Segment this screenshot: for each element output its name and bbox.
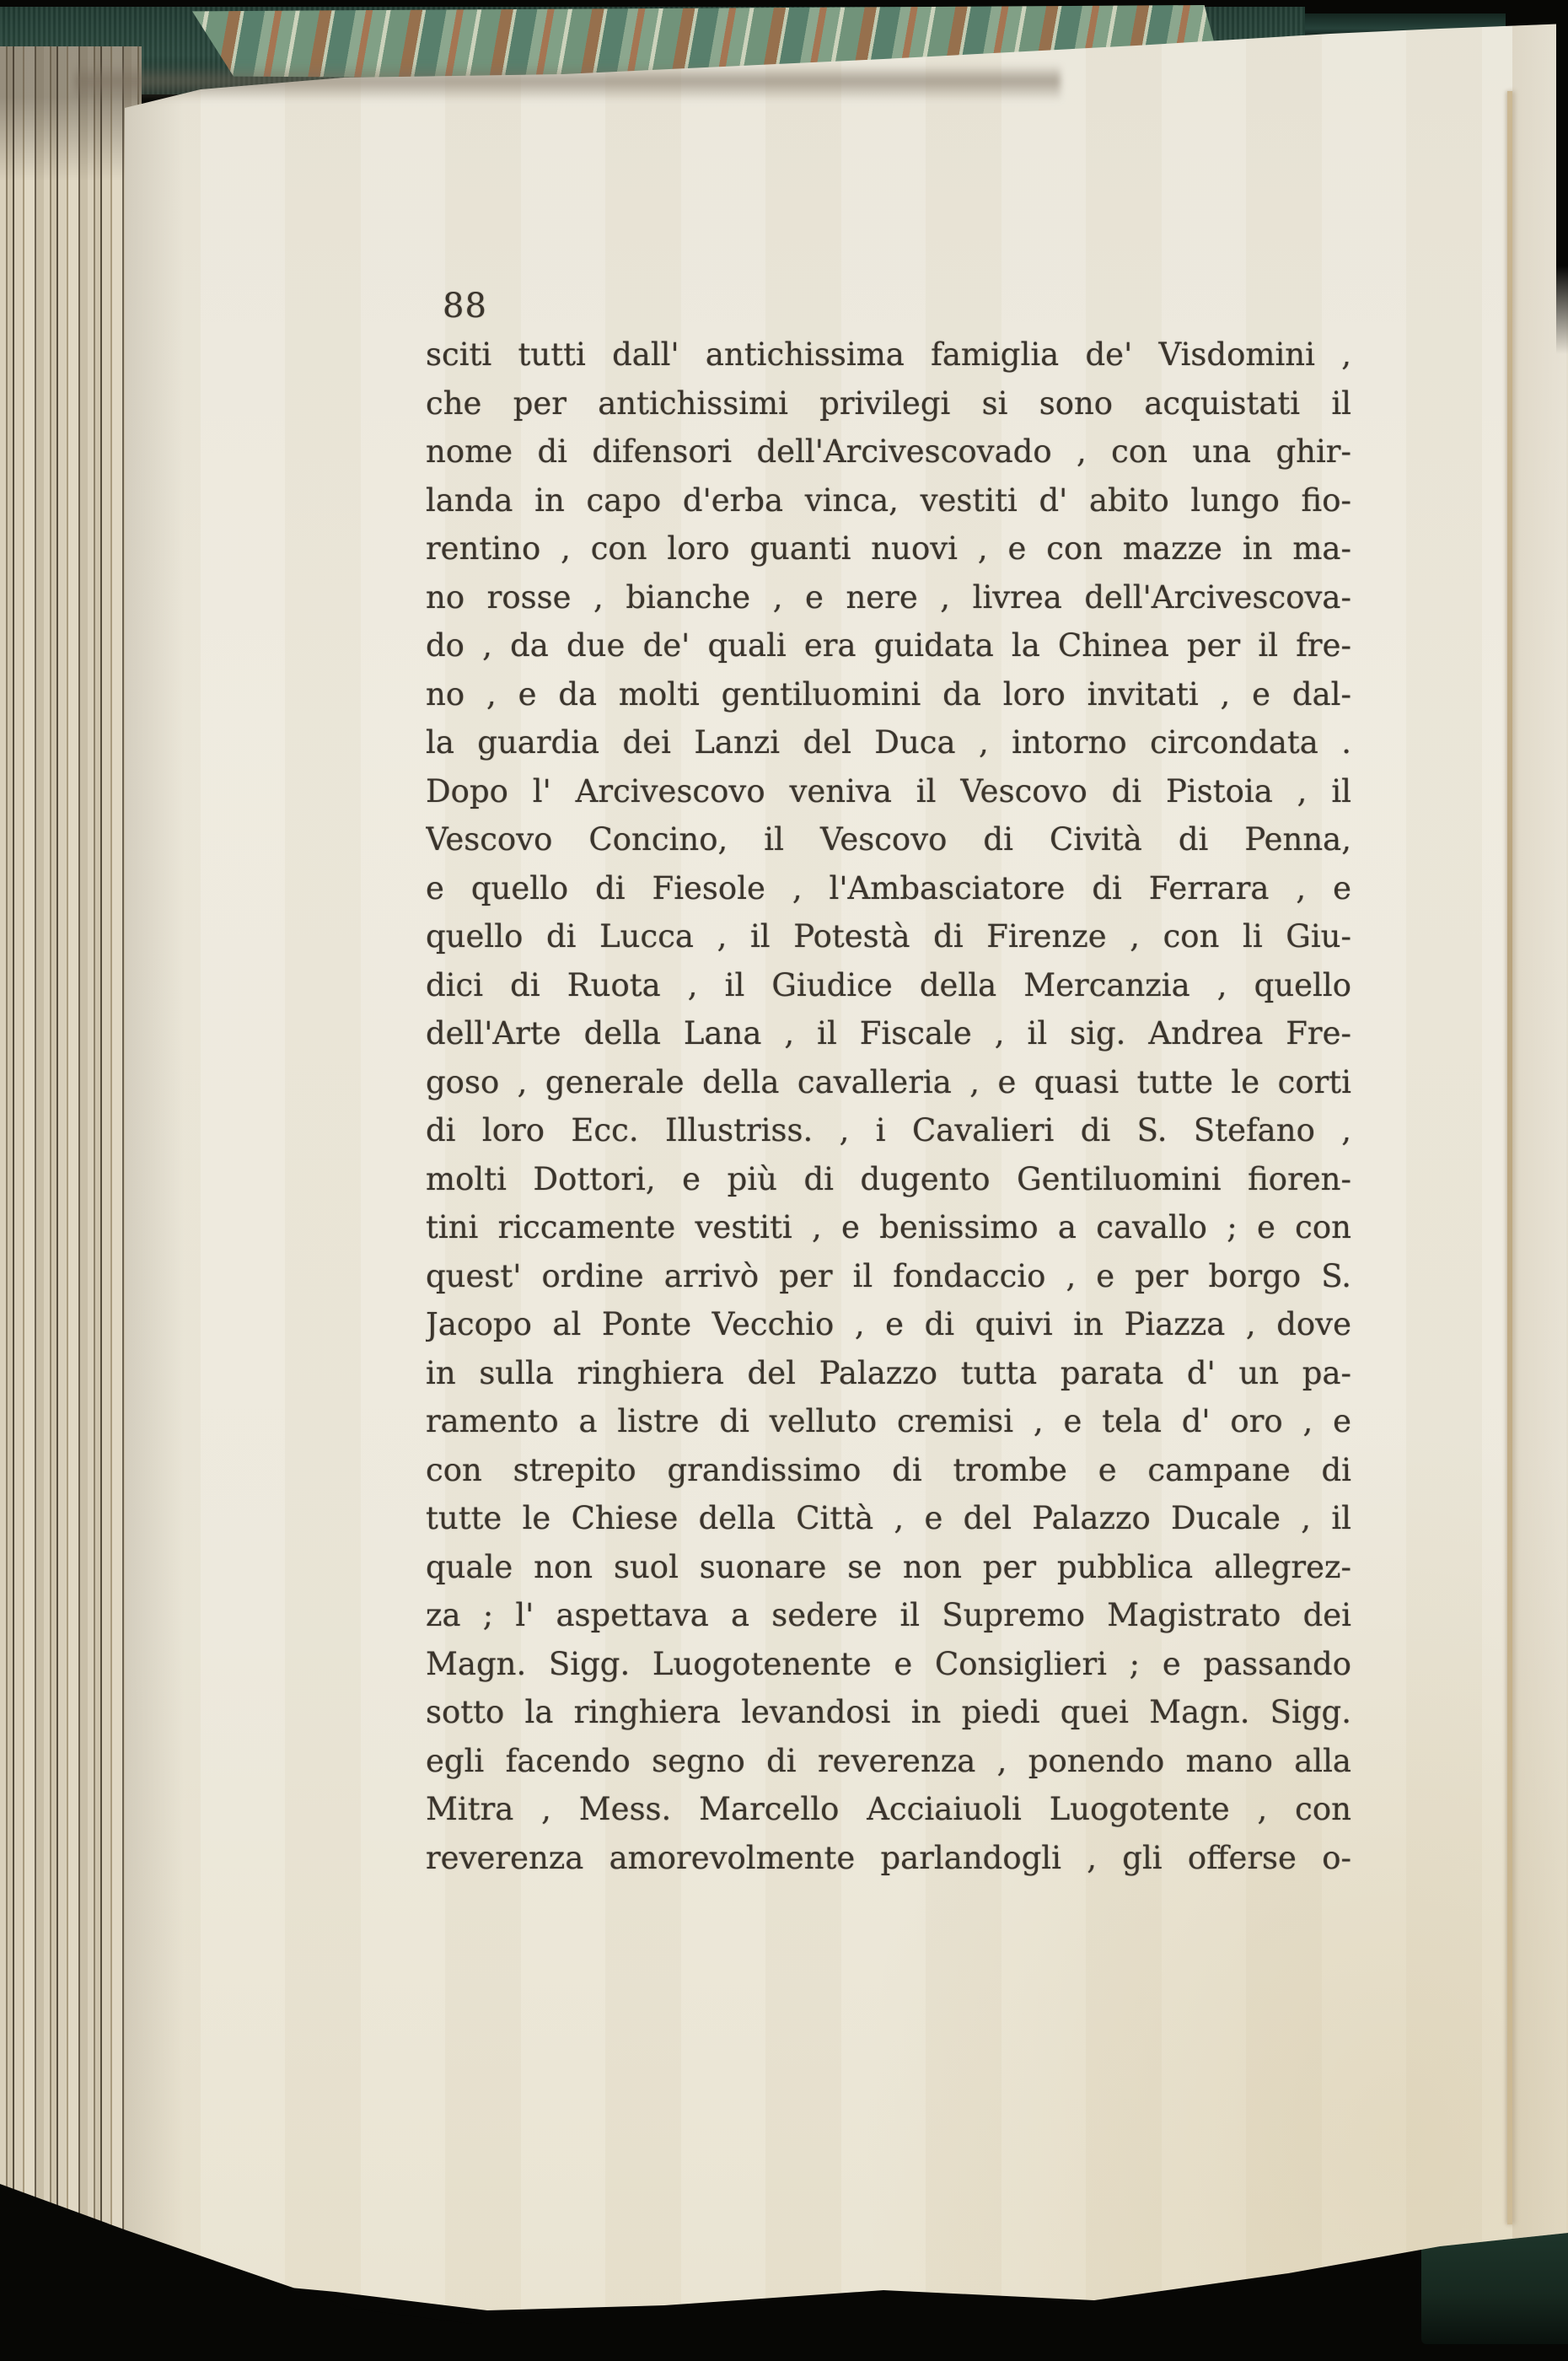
left-page-stack-edges: [0, 46, 142, 2323]
text-line: con strepito grandissimo di trombe e cam…: [426, 1446, 1351, 1495]
text-line: che per antichissimi privilegi si sono a…: [426, 379, 1351, 428]
text-line: rentino , con loro guanti nuovi , e con …: [426, 524, 1351, 573]
page-text-block: 88 sciti tutti dall' antichissima famigl…: [426, 282, 1351, 1882]
text-line: quest' ordine arrivò per il fondaccio , …: [426, 1252, 1351, 1301]
text-line: tutte le Chiese della Città , e del Pala…: [426, 1494, 1351, 1543]
text-line: quello di Lucca , il Potestà di Firenze …: [426, 912, 1351, 961]
page-number: 88: [426, 282, 1351, 331]
text-line: sotto la ringhiera levandosi in piedi qu…: [426, 1688, 1351, 1737]
text-line: Mitra , Mess. Marcello Acciaiuoli Luogot…: [426, 1785, 1351, 1834]
text-line: za ; l' aspettava a sedere il Supremo Ma…: [426, 1591, 1351, 1640]
text-line: dell'Arte della Lana , il Fiscale , il s…: [426, 1009, 1351, 1058]
body-text-lines: sciti tutti dall' antichissima famiglia …: [426, 331, 1351, 1882]
background-edge-right: [1556, 0, 1568, 354]
text-line: e quello di Fiesole , l'Ambasciatore di …: [426, 864, 1351, 913]
text-line: do , da due de' quali era guidata la Chi…: [426, 621, 1351, 670]
page-top-deckle-edge: [74, 64, 1061, 101]
text-line: quale non suol suonare se non per pubbli…: [426, 1543, 1351, 1592]
text-line: molti Dottori, e più di dugento Gentiluo…: [426, 1155, 1351, 1204]
text-line: tini riccamente vestiti , e benissimo a …: [426, 1203, 1351, 1252]
text-line: egli facendo segno di reverenza , ponend…: [426, 1737, 1351, 1786]
text-line: Magn. Sigg. Luogotenente e Consiglieri ;…: [426, 1640, 1351, 1689]
text-line: ramento a listre di velluto cremisi , e …: [426, 1397, 1351, 1446]
text-line: sciti tutti dall' antichissima famiglia …: [426, 331, 1351, 379]
text-line: in sulla ringhiera del Palazzo tutta par…: [426, 1349, 1351, 1398]
scanned-book-photo: 88 sciti tutti dall' antichissima famigl…: [0, 0, 1568, 2361]
text-line: Vescovo Concino, il Vescovo di Cività di…: [426, 815, 1351, 864]
text-line: di loro Ecc. Illustriss. , i Cavalieri d…: [426, 1106, 1351, 1155]
text-line: la guardia dei Lanzi del Duca , intorno …: [426, 718, 1351, 767]
text-line: dici di Ruota , il Giudice della Mercanz…: [426, 961, 1351, 1010]
text-line: goso , generale della cavalleria , e qua…: [426, 1058, 1351, 1107]
text-line: no rosse , bianche , e nere , livrea del…: [426, 573, 1351, 622]
underlying-page-edge: [1512, 24, 1568, 2327]
text-line: landa in capo d'erba vinca, vestiti d' a…: [426, 476, 1351, 525]
text-line: reverenza amorevolmente parlandogli , gl…: [426, 1834, 1351, 1883]
text-line: nome di difensori dell'Arcivescovado , c…: [426, 428, 1351, 476]
text-line: no , e da molti gentiluomini da loro inv…: [426, 670, 1351, 719]
text-line: Dopo l' Arcivescovo veniva il Vescovo di…: [426, 767, 1351, 816]
text-line: Jacopo al Ponte Vecchio , e di quivi in …: [426, 1300, 1351, 1349]
